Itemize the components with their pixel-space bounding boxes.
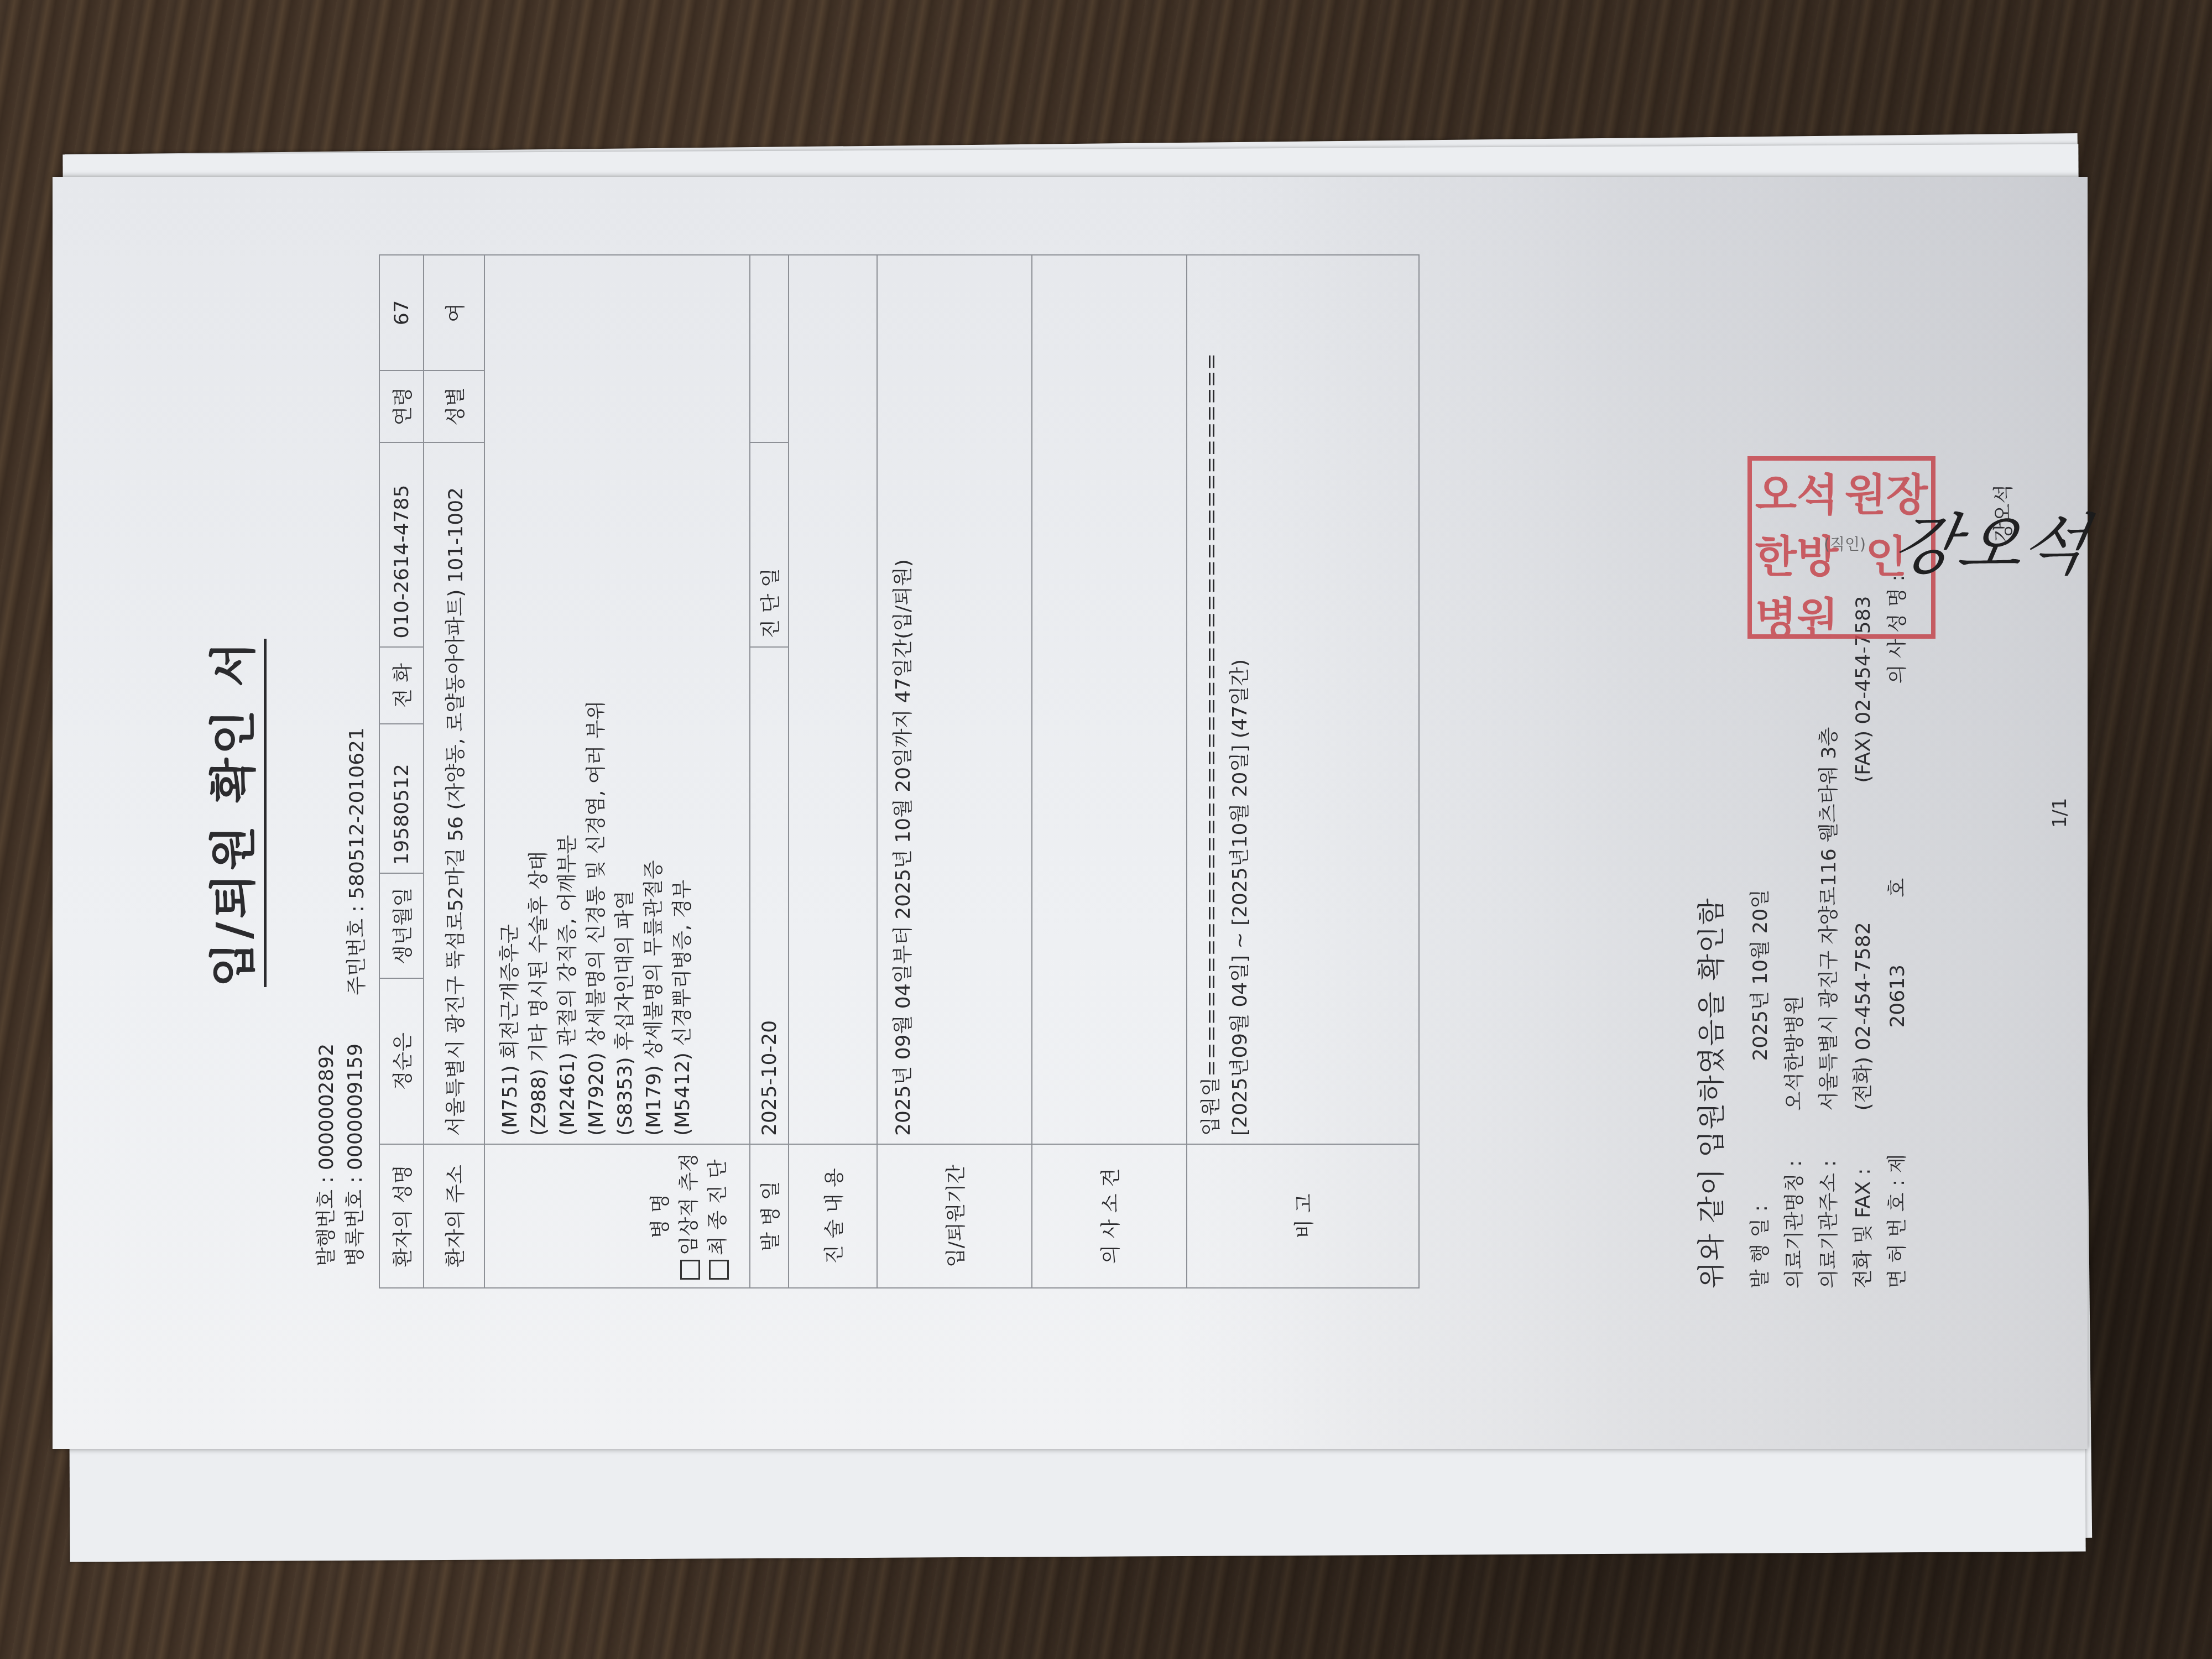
address-label: 환자의 주소	[424, 1144, 484, 1288]
license-label: 면 허 번 호 : 제	[1881, 1117, 1915, 1288]
onset-row: 발 병 일 2025-10-20 진 단 일	[750, 255, 789, 1288]
license-doctor-line: 면 허 번 호 : 제 20613 호 의 사 성 명 :	[1881, 254, 1915, 1288]
page-number: 1/1	[2049, 177, 2071, 1449]
checkbox-icon[interactable]	[680, 1260, 700, 1280]
checkbox-icon[interactable]	[709, 1260, 729, 1280]
doctor-opinion-row: 의 사 소 견	[1032, 255, 1187, 1288]
patient-name: 정순은	[379, 978, 424, 1144]
issue-date-line: 발 행 일 : 2025년 10월 20일	[1744, 254, 1778, 1288]
seal-char: 병원	[1752, 585, 1841, 646]
seal-label: (직인)	[1824, 533, 1866, 555]
issue-number-label: 발행번호 :	[315, 1170, 338, 1266]
treatment-value	[789, 255, 877, 1144]
age-value: 67	[379, 255, 424, 371]
diagnosis-item: (S8353) 후십자인대의 파열	[611, 263, 640, 1136]
remarks-line-2: [2025년09월 04일] ~ [2025년10월 20일] (47일간)	[1226, 263, 1255, 1136]
checkbox-clinical-estimate[interactable]: 임상적 추정	[675, 1152, 704, 1280]
record-number-value: 0000009159	[344, 1044, 367, 1170]
diagnosis-row: 병 명 임상적 추정 최 종 진 단 (M751) 회전근개증후군 (Z988)…	[484, 255, 750, 1288]
address-value: 서울특별시 광진구 뚝섬로52마길 56 (자양동, 로얄동아아파트) 101-…	[424, 442, 484, 1144]
diagnosis-label-cell: 병 명 임상적 추정 최 종 진 단	[484, 1144, 750, 1288]
diagnosis-item: (M5412) 신경뿌리병증, 경부	[669, 263, 697, 1136]
phone-fax-line: 전화 및 FAX : (전화) 02-454-7582 (FAX) 02-454…	[1846, 254, 1881, 1288]
resident-number-value: 580512-2010621	[346, 727, 368, 899]
remarks-label: 비 고	[1187, 1144, 1419, 1288]
remarks-line-1: 입원일=====================================…	[1197, 263, 1226, 1136]
patient-name-label: 환자의 성명	[379, 1144, 424, 1288]
diagnosis-item: (M751) 회전근개증후군	[496, 263, 525, 1136]
title-text: 입/퇴원 확인 서	[206, 639, 267, 987]
remarks-row: 비 고 입원일=================================…	[1187, 255, 1419, 1288]
diagnosis-list-cell: (M751) 회전근개증후군 (Z988) 기타 명시된 수술후 상태 (M24…	[484, 255, 750, 1144]
issue-number-value: 0000002892	[315, 1044, 338, 1170]
institution-name-label: 의료기관명칭 :	[1778, 1117, 1812, 1288]
document-photo: 입/퇴원 확인 서 발행번호 : 0000002892 병록번호 : 00000…	[53, 177, 2088, 1449]
dob-value: 19580512	[379, 724, 424, 873]
doctor-opinion-value	[1032, 255, 1187, 1144]
phone-fax-label: 전화 및 FAX :	[1846, 1117, 1881, 1288]
fax-prefix: (FAX)	[1852, 731, 1875, 916]
diagnosis-item: (M179) 상세불명의 무릎관절증	[640, 263, 669, 1136]
sex-label: 성별	[424, 371, 484, 442]
diagnosis-item: (M7920) 상세불명의 신경통 및 신경염, 여러 부위	[582, 263, 611, 1136]
institution-phone: 02-454-7582	[1852, 922, 1875, 1050]
phone-value: 010-2614-4785	[379, 442, 424, 647]
diagnosis-list: (M751) 회전근개증후군 (Z988) 기타 명시된 수술후 상태 (M24…	[496, 263, 697, 1136]
diagnosis-date-label: 진 단 일	[750, 442, 789, 647]
document-meta: 발행번호 : 0000002892 병록번호 : 0000009159	[312, 1044, 370, 1266]
dob-label: 생년월일	[379, 873, 424, 978]
diagnosis-item: (Z988) 기타 명시된 수술후 상태	[525, 263, 554, 1136]
patient-name-row: 환자의 성명 정순은 생년월일 19580512 전 화 010-2614-47…	[379, 255, 424, 1288]
checkbox-final-diagnosis-label: 최 종 진 단	[707, 1160, 729, 1255]
doctor-opinion-label: 의 사 소 견	[1032, 1144, 1187, 1288]
institution-address-label: 의료기관주소 :	[1812, 1117, 1846, 1288]
patient-info-table: 환자의 성명 정순은 생년월일 19580512 전 화 010-2614-47…	[379, 254, 1420, 1288]
license-suffix: 호	[1886, 878, 1909, 958]
diagnosis-label: 병 명	[646, 1152, 675, 1280]
period-value: 2025년 09월 04일부터 2025년 10월 20일까지 47일간(입/퇴…	[877, 255, 1032, 1144]
checkbox-clinical-estimate-label: 임상적 추정	[678, 1153, 701, 1255]
phone-label: 전 화	[379, 647, 424, 724]
checkbox-final-diagnosis[interactable]: 최 종 진 단	[704, 1152, 733, 1280]
seal-char: 오석	[1752, 461, 1841, 523]
treatment-label: 진 술 내 용	[789, 1144, 877, 1288]
patient-address-row: 환자의 주소 서울특별시 광진구 뚝섬로52마길 56 (자양동, 로얄동아아파…	[424, 255, 484, 1288]
record-number: 병록번호 : 0000009159	[341, 1044, 370, 1266]
period-label: 입/퇴원기간	[877, 1144, 1032, 1288]
period-row: 입/퇴원기간 2025년 09월 04일부터 2025년 10월 20일까지 4…	[877, 255, 1032, 1288]
resident-number-label: 주민번호 :	[346, 899, 368, 995]
remarks-cell: 입원일=====================================…	[1187, 255, 1419, 1144]
onset-value: 2025-10-20	[750, 647, 789, 1144]
document-title: 입/퇴원 확인 서	[196, 177, 263, 1449]
treatment-row: 진 술 내 용	[789, 255, 877, 1288]
confirmation-section: 위와 같이 입원하였음을 확인함 발 행 일 : 2025년 10월 20일 의…	[1689, 254, 1915, 1288]
diagnosis-item: (M2461) 관절의 강직증, 어깨부분	[554, 263, 582, 1136]
institution-name-value: 오석한방병원	[1783, 995, 1806, 1111]
record-number-label: 병록번호 :	[344, 1170, 367, 1266]
phone-prefix: (전화)	[1852, 1057, 1875, 1111]
issue-date-label: 발 행 일 :	[1744, 1117, 1778, 1288]
diagnosis-date-value	[750, 255, 789, 442]
issue-date-value: 2025년 10월 20일	[1749, 889, 1772, 1110]
confirmation-headline: 위와 같이 입원하였음을 확인함	[1689, 254, 1729, 1288]
institution-address-line: 의료기관주소 : 서울특별시 광진구 자양로116 웰츠타워 3층	[1812, 254, 1846, 1288]
resident-number: 주민번호 : 580512-2010621	[341, 727, 369, 995]
institution-name-line: 의료기관명칭 : 오석한방병원	[1778, 254, 1812, 1288]
institution-address-value: 서울특별시 광진구 자양로116 웰츠타워 3층	[1818, 727, 1840, 1111]
confirmation-document: 입/퇴원 확인 서 발행번호 : 0000002892 병록번호 : 00000…	[53, 177, 2088, 1449]
sex-value: 여	[424, 255, 484, 371]
onset-label: 발 병 일	[750, 1144, 789, 1288]
issue-number: 발행번호 : 0000002892	[312, 1044, 341, 1266]
license-number: 20613	[1886, 964, 1909, 1111]
age-label: 연령	[379, 371, 424, 442]
doctor-name: 강오석	[1988, 484, 2016, 542]
